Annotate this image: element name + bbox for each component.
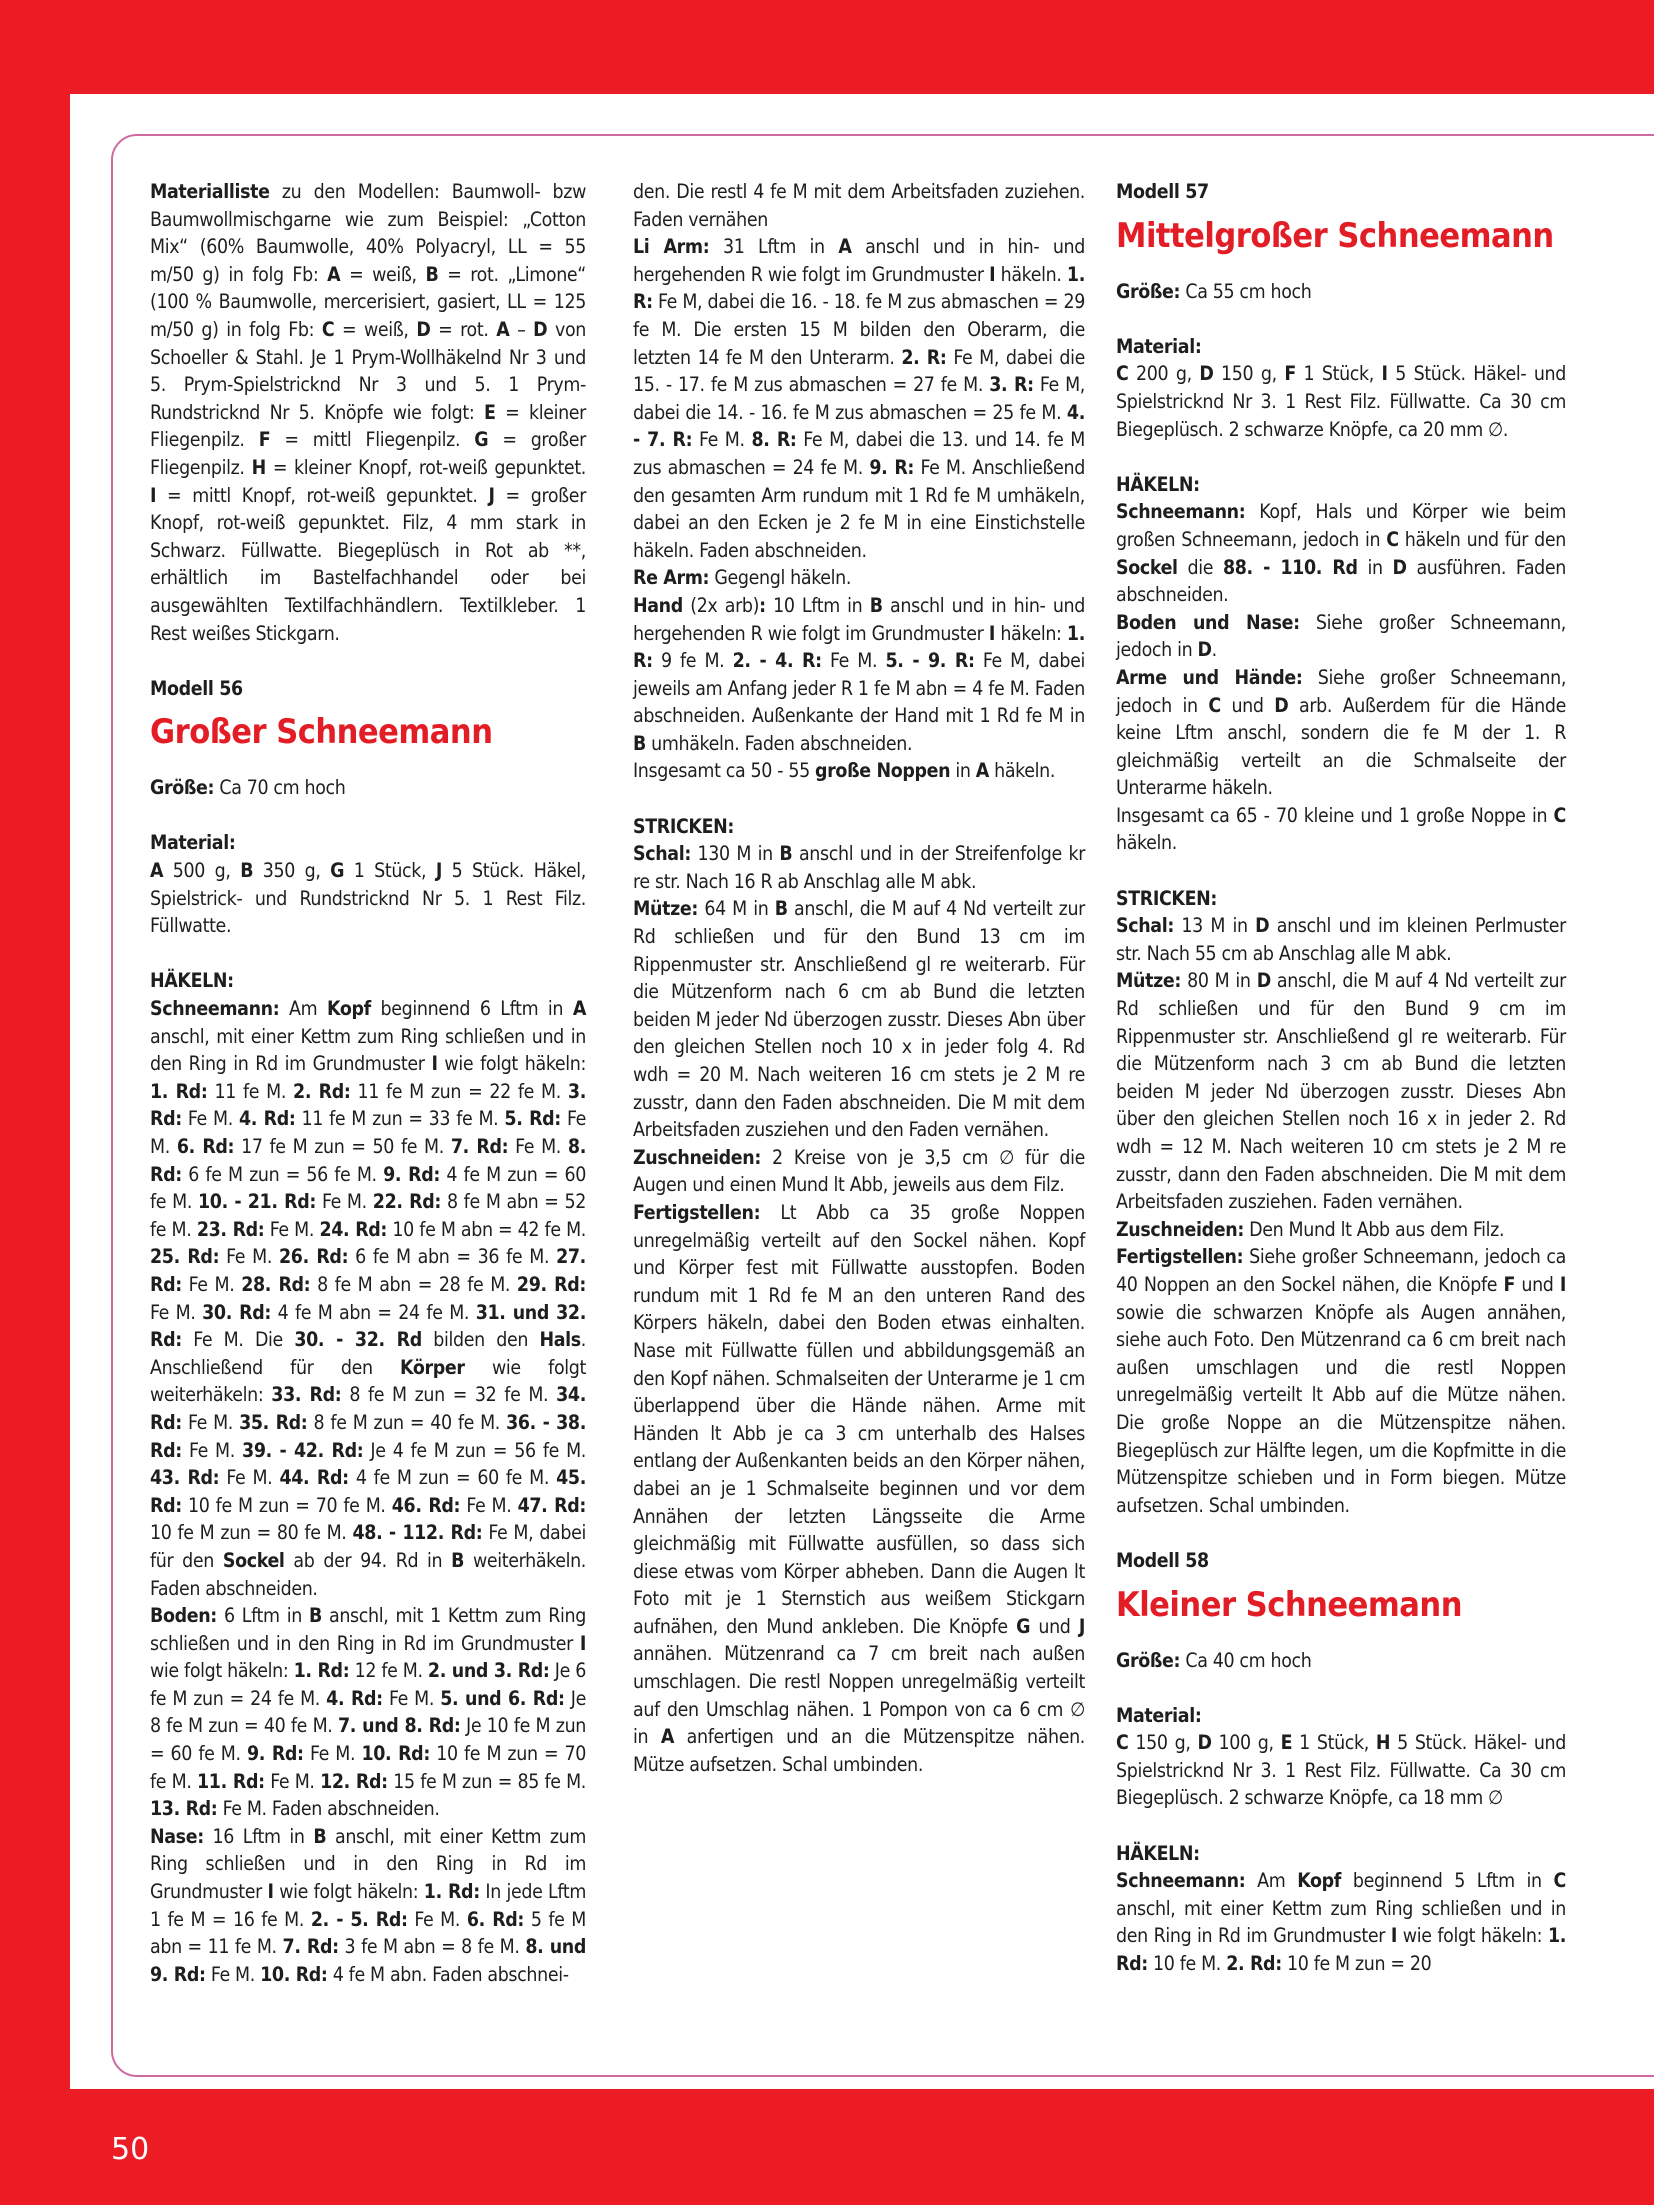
text-run: 11 fe M zun = 22 fe M. (350, 1080, 567, 1103)
paragraph: STRICKEN: (1116, 885, 1566, 913)
text-run: 4 fe M zun = 60 fe M. (349, 1466, 556, 1489)
text-run: Fe M. (182, 1107, 239, 1130)
text-run: Am (1245, 1869, 1297, 1892)
text-run: 10 fe M zun = 70 fe M. (182, 1494, 392, 1517)
bold-run: Materialliste (150, 180, 270, 203)
text-run: 11 fe M zun = 33 fe M. (295, 1107, 504, 1130)
text-run: 4 fe M abn. Faden abschnei- (328, 1963, 569, 1986)
spacer (150, 940, 586, 968)
page-number: 50 (111, 2132, 149, 2167)
bold-run: 3. R: (989, 373, 1034, 396)
bold-run: Hals (539, 1328, 580, 1351)
text-run: 1 Stück, (1292, 1731, 1376, 1754)
bold-run: Sockel (223, 1549, 285, 1572)
text-run: 10 fe M zun = 80 fe M. (150, 1521, 353, 1544)
paragraph: Mütze: 64 M in B anschl, die M auf 4 Nd … (633, 895, 1085, 1143)
bold-run: 2. R: (901, 346, 946, 369)
text-run: Fe M. (460, 1494, 517, 1517)
bold-run: HÄKELN: (150, 969, 234, 992)
bold-run: 4. Rd: (239, 1107, 296, 1130)
text-run: = großer Knopf, rot-weiß gepunktet. Filz… (150, 484, 586, 645)
bold-run: 7. Rd: (451, 1135, 508, 1158)
paragraph: Fertigstellen: Siehe großer Schneemann, … (1116, 1243, 1566, 1519)
bold-run: Hand (633, 594, 683, 617)
bold-run: F (1284, 362, 1296, 385)
text-run: Insgesamt ca 50 - 55 (633, 759, 815, 782)
bold-run: H (1376, 1731, 1390, 1754)
bold-run: 12. Rd: (320, 1770, 388, 1793)
bold-run: D (1392, 556, 1406, 579)
text-run: wie folgt häkeln: (274, 1880, 424, 1903)
text-run: = weiß, (334, 318, 416, 341)
bold-run: 46. Rd: (392, 1494, 460, 1517)
text-run: wie folgt häkeln: (1397, 1924, 1548, 1947)
paragraph: Zuschneiden: 2 Kreise von je 3,5 cm ∅ fü… (633, 1144, 1085, 1199)
bold-run: D (416, 318, 430, 341)
text-run: 3 fe M abn = 8 fe M. (339, 1935, 526, 1958)
bold-run: Re Arm: (633, 566, 709, 589)
text-run: 130 M in (691, 842, 779, 865)
text-run: Fe M. (265, 1770, 320, 1793)
bold-run: G (1016, 1615, 1030, 1638)
paragraph: C 150 g, D 100 g, E 1 Stück, H 5 Stück. … (1116, 1729, 1566, 1812)
bold-run: Größe: (150, 776, 214, 799)
text-run: häkeln. (989, 759, 1055, 782)
paragraph: Größe: Ca 55 cm hoch (1116, 278, 1566, 306)
paragraph: Schneemann: Am Kopf beginnend 6 Lftm in … (150, 995, 586, 1602)
text-run: 31 Lftm in (709, 235, 838, 258)
column-2: den. Die restl 4 fe M mit dem Arbeitsfad… (633, 178, 1085, 1778)
bold-run: F (259, 428, 271, 451)
spacer (633, 785, 1085, 813)
text-run: Lt Abb ca 35 große Noppen unregelmäßig v… (633, 1201, 1085, 1638)
text-run: Fe M. (264, 1218, 319, 1241)
bold-run: STRICKEN: (1116, 887, 1217, 910)
text-run: = weiß, (340, 263, 425, 286)
text-run: Ca 55 cm hoch (1180, 280, 1311, 303)
paragraph: Boden und Nase: Siehe großer Schneemann,… (1116, 609, 1566, 664)
bold-run: 33. Rd: (271, 1383, 341, 1406)
bold-run: Fertigstellen: (1116, 1245, 1243, 1268)
bold-run: D (1274, 694, 1288, 717)
text-run: 6 fe M zun = 56 fe M. (182, 1163, 383, 1186)
paragraph: HÄKELN: (1116, 471, 1566, 499)
bold-run: B (313, 1825, 326, 1848)
text-run: 8 fe M zun = 32 fe M. (341, 1383, 556, 1406)
text-run: Ca 70 cm hoch (214, 776, 345, 799)
spacer (1116, 1519, 1566, 1547)
bold-run: Nase: (150, 1825, 204, 1848)
model-title: Großer Schneemann (150, 712, 586, 752)
paragraph: Arme und Hände: Siehe großer Schneemann,… (1116, 664, 1566, 802)
spacer (1116, 305, 1566, 333)
paragraph: Mütze: 80 M in D anschl, die M auf 4 Nd … (1116, 967, 1566, 1215)
text-run: 8 fe M abn = 28 fe M. (310, 1273, 517, 1296)
text-run: = mittl Fliegenpilz. (270, 428, 474, 451)
text-run: 200 g, (1128, 362, 1199, 385)
text-run: 150 g, (1128, 1731, 1197, 1754)
paragraph: Re Arm: Gegengl häkeln. (633, 564, 1085, 592)
text-run: 100 g, (1212, 1731, 1281, 1754)
text-run: Fe M. (408, 1908, 467, 1931)
text-run: Fe M. (822, 649, 886, 672)
text-run: 13 M in (1174, 914, 1255, 937)
paragraph: Hand (2x arb): 10 Lftm in B anschl und i… (633, 592, 1085, 758)
text-run: 10 fe M abn = 42 fe M. (387, 1218, 586, 1241)
text-run: 350 g, (253, 859, 330, 882)
bold-run: Li Arm: (633, 235, 709, 258)
bold-run: D (533, 318, 547, 341)
text-run: 10 Lftm in (766, 594, 870, 617)
bold-run: Material: (150, 831, 235, 854)
text-run: 9 fe M. (653, 649, 733, 672)
bold-run: 7. und 8. Rd: (338, 1714, 460, 1737)
bold-run: Material: (1116, 335, 1201, 358)
text-run: Gegengl häkeln. (709, 566, 851, 589)
spacer (1116, 443, 1566, 471)
text-run: anschl, die M auf 4 Nd verteilt zur Rd s… (633, 897, 1085, 1141)
text-run: Fe M. Faden abschneiden. (217, 1797, 439, 1820)
text-run: in (1358, 556, 1393, 579)
bold-run: D (1199, 362, 1213, 385)
paragraph: Nase: 16 Lftm in B anschl, mit einer Ket… (150, 1823, 586, 1989)
bold-run: A (661, 1725, 674, 1748)
bold-run: J (1079, 1615, 1085, 1638)
model-title: Kleiner Schneemann (1116, 1585, 1566, 1625)
text-run: Ca 40 cm hoch (1180, 1649, 1311, 1672)
text-run: Fe M. (182, 1273, 241, 1296)
text-run: 10 fe M. (1148, 1952, 1226, 1975)
text-run: Fe M. (219, 1245, 279, 1268)
bold-run: 35. Rd: (239, 1411, 307, 1434)
bold-run: 9. Rd: (247, 1742, 304, 1765)
text-run: bilden den (422, 1328, 540, 1351)
bold-run: 10. Rd: (260, 1963, 327, 1986)
text-run: wie folgt häkeln: (438, 1052, 586, 1075)
text-run: den. Die restl 4 fe M mit dem Arbeitsfad… (633, 180, 1085, 231)
bold-run: 2. Rd: (293, 1080, 350, 1103)
bold-run: B (451, 1549, 464, 1572)
text-run: 64 M in (698, 897, 775, 920)
bold-run: 43. Rd: (150, 1466, 219, 1489)
text-run: Fe M. (508, 1135, 568, 1158)
bold-run: E (1281, 1731, 1293, 1754)
bold-run: C (1116, 362, 1128, 385)
bold-run: 30. Rd: (202, 1301, 271, 1324)
spacer (1116, 1812, 1566, 1840)
paragraph: Größe: Ca 70 cm hoch (150, 774, 586, 802)
paragraph: Material: (1116, 333, 1566, 361)
bold-run: B (240, 859, 253, 882)
bold-run: C (322, 318, 334, 341)
bold-run: 24. Rd: (319, 1218, 387, 1241)
paragraph: HÄKELN: (150, 967, 586, 995)
text-run: = mittl Knopf, rot-weiß gepunktet. (156, 484, 488, 507)
text-run: 8 fe M zun = 40 fe M. (307, 1411, 506, 1434)
bold-run: A (327, 263, 340, 286)
bold-run: 9. R: (869, 456, 914, 479)
paragraph: HÄKELN: (1116, 1840, 1566, 1868)
bold-run: Kopf (1297, 1869, 1341, 1892)
bold-run: B (779, 842, 792, 865)
bold-run: Schneemann: (150, 997, 279, 1020)
bold-run: Zuschneiden: (1116, 1218, 1244, 1241)
bold-run: Boden: (150, 1604, 217, 1627)
bold-run: 5. - 9. R: (885, 649, 974, 672)
text-run: ab der 94. Rd in (285, 1549, 452, 1572)
paragraph: Insgesamt ca 50 - 55 große Noppen in A h… (633, 757, 1085, 785)
bold-run: D (1257, 969, 1271, 992)
bold-run: 2. Rd: (1226, 1952, 1282, 1975)
text-run: = kleiner Knopf, rot-weiß gepunktet. (266, 456, 586, 479)
bold-run: 88. - 110. Rd (1223, 556, 1358, 579)
bold-run: C (1116, 1731, 1128, 1754)
text-run: Fe M. (304, 1742, 362, 1765)
text-run: Insgesamt ca 65 - 70 kleine und 1 große … (1116, 804, 1554, 827)
text-run: 15 fe M zun = 85 fe M. (388, 1770, 586, 1793)
bold-run: Kopf (327, 997, 371, 1020)
bold-run: G (330, 859, 344, 882)
bold-run: Boden und Nase: (1116, 611, 1300, 634)
bold-run: Schneemann: (1116, 500, 1245, 523)
bold-run: 8. R: (751, 428, 796, 451)
text-run: – (509, 318, 533, 341)
paragraph: A 500 g, B 350 g, G 1 Stück, J 5 Stück. … (150, 857, 586, 940)
text-run: Den Mund lt Abb aus dem Filz. (1244, 1218, 1504, 1241)
model-number: Modell 56 (150, 675, 586, 703)
bold-run: 13. Rd: (150, 1797, 217, 1820)
text-run: und (1221, 694, 1274, 717)
bold-run: Schal: (1116, 914, 1174, 937)
text-run: 500 g, (163, 859, 240, 882)
paragraph: Boden: 6 Lftm in B anschl, mit 1 Kettm z… (150, 1602, 586, 1823)
paragraph: den. Die restl 4 fe M mit dem Arbeitsfad… (633, 178, 1085, 233)
bold-run: 48. - 112. Rd: (353, 1521, 483, 1544)
spacer (150, 802, 586, 830)
text-run: häkeln: (995, 622, 1067, 645)
bold-run: G (474, 428, 488, 451)
bold-run: 1. Rd: (424, 1880, 480, 1903)
bold-run: 26. Rd: (279, 1245, 348, 1268)
bold-run: 2. - 5. Rd: (311, 1908, 408, 1931)
bold-run: STRICKEN: (633, 815, 734, 838)
bold-run: 10. - 21. Rd: (198, 1190, 316, 1213)
bold-run: D (1197, 1731, 1211, 1754)
text-run: 6 Lftm in (217, 1604, 309, 1627)
bold-run: E (484, 401, 496, 424)
column-1: Materialliste zu den Modellen: Baumwoll-… (150, 178, 586, 1988)
text-run: 17 fe M zun = 50 fe M. (234, 1135, 451, 1158)
bold-run: F (1503, 1273, 1515, 1296)
paragraph: Materialliste zu den Modellen: Baumwoll-… (150, 178, 586, 647)
bold-run: 23. Rd: (197, 1218, 265, 1241)
bold-run: Körper (400, 1356, 465, 1379)
text-run: Fe M. (219, 1466, 279, 1489)
bold-run: Mütze: (1116, 969, 1181, 992)
bold-run: B (870, 594, 883, 617)
text-run: beginnend 5 Lftm in (1341, 1869, 1554, 1892)
text-run: 10 fe M zun = 20 (1282, 1952, 1432, 1975)
bold-run: große Noppen (815, 759, 950, 782)
model-number: Modell 57 (1116, 178, 1566, 206)
paragraph: C 200 g, D 150 g, F 1 Stück, I 5 Stück. … (1116, 360, 1566, 443)
paragraph: Schneemann: Kopf, Hals und Körper wie be… (1116, 498, 1566, 608)
bold-run: 6. Rd: (177, 1135, 234, 1158)
text-run: 4 fe M abn = 24 fe M. (271, 1301, 476, 1324)
text-run: Fe M. (206, 1963, 260, 1986)
bold-run: 10. Rd: (361, 1742, 430, 1765)
text-run: Fe M. Die (182, 1328, 294, 1351)
bold-run: 44. Rd: (279, 1466, 348, 1489)
text-run: = rot. (430, 318, 496, 341)
bold-run: 4. Rd: (326, 1687, 383, 1710)
spacer (150, 647, 586, 675)
bold-run: Größe: (1116, 280, 1180, 303)
bold-run: 2. und 3. Rd: (428, 1659, 550, 1682)
bold-run: C (1208, 694, 1220, 717)
bold-run: 28. Rd: (241, 1273, 310, 1296)
bold-run: Mütze: (633, 897, 698, 920)
paragraph: Li Arm: 31 Lftm in A anschl und in hin- … (633, 233, 1085, 564)
paragraph: Material: (1116, 1702, 1566, 1730)
text-run: 11 fe M. (207, 1080, 293, 1103)
text-run: Fe M. (150, 1301, 202, 1324)
bold-run: 1. Rd: (150, 1080, 207, 1103)
bold-run: 5. und 6. Rd: (440, 1687, 564, 1710)
bold-run: 7. Rd: (283, 1935, 339, 1958)
bold-run: 22. Rd: (373, 1190, 441, 1213)
text-run: 1 Stück, (344, 859, 436, 882)
text-run: die (1178, 556, 1223, 579)
bold-run: Arme und Hände: (1116, 666, 1303, 689)
text-run: Am (279, 997, 327, 1020)
bold-run: Schal: (633, 842, 691, 865)
text-run: Fe M. (182, 1411, 239, 1434)
bold-run: 9. Rd: (383, 1163, 440, 1186)
text-run: . (1212, 638, 1217, 661)
paragraph: Größe: Ca 40 cm hoch (1116, 1647, 1566, 1675)
bold-run: I (1560, 1273, 1566, 1296)
paragraph: Zuschneiden: Den Mund lt Abb aus dem Fil… (1116, 1216, 1566, 1244)
text-run: Fe M. (316, 1190, 373, 1213)
bold-run: Schneemann: (1116, 1869, 1245, 1892)
text-run: (2x arb) (683, 594, 759, 617)
text-run: häkeln. (995, 263, 1067, 286)
text-run: häkeln. (1116, 831, 1177, 854)
text-run: 12 fe M. (349, 1659, 428, 1682)
bold-run: 5. Rd: (504, 1107, 561, 1130)
bold-run: B (775, 897, 788, 920)
bold-run: C (1554, 804, 1566, 827)
text-run: 150 g, (1213, 362, 1284, 385)
paragraph: Schal: 13 M in D anschl und im kleinen P… (1116, 912, 1566, 967)
text-run: Fe M. (182, 1439, 242, 1462)
text-run: 16 Lftm in (204, 1825, 314, 1848)
bold-run: Größe: (1116, 1649, 1180, 1672)
paragraph: Schal: 130 M in B anschl und in der Stre… (633, 840, 1085, 895)
bold-run: B (309, 1604, 322, 1627)
text-run: und (1515, 1273, 1560, 1296)
text-run: umhäkeln. Faden abschneiden. (646, 732, 912, 755)
bold-run: A (496, 318, 509, 341)
bold-run: 6. Rd: (467, 1908, 524, 1931)
text-run: Je 4 fe M zun = 56 fe M. (363, 1439, 586, 1462)
bold-run: Sockel (1116, 556, 1178, 579)
paragraph: Schneemann: Am Kopf beginnend 5 Lftm in … (1116, 1867, 1566, 1977)
paragraph: Insgesamt ca 65 - 70 kleine und 1 große … (1116, 802, 1566, 857)
model-number: Modell 58 (1116, 1547, 1566, 1575)
bold-run: HÄKELN: (1116, 473, 1200, 496)
bold-run: Zuschneiden: (633, 1146, 761, 1169)
bold-run: 25. Rd: (150, 1245, 219, 1268)
spacer (1116, 1674, 1566, 1702)
text-run: und (1030, 1615, 1079, 1638)
model-title: Mittelgroßer Schneemann (1116, 216, 1566, 256)
text-run: anfertigen und an die Mützenspitze nähen… (633, 1725, 1085, 1776)
text-run: wie folgt häkeln: (150, 1659, 294, 1682)
bold-run: 47. Rd: (518, 1494, 586, 1517)
text-run: anschl, die M auf 4 Nd verteilt zur Rd s… (1116, 969, 1566, 1213)
column-3: Modell 57Mittelgroßer SchneemannGröße: C… (1116, 178, 1566, 1978)
bold-run: C (1386, 528, 1398, 551)
text-run: in (950, 759, 976, 782)
bold-run: 1. Rd: (294, 1659, 350, 1682)
bold-run: Fertigstellen: (633, 1201, 760, 1224)
bold-run: : (759, 594, 766, 617)
text-run: Fe M. (692, 428, 751, 451)
spacer (1116, 857, 1566, 885)
paragraph: STRICKEN: (633, 813, 1085, 841)
text-run: Fe M. (383, 1687, 440, 1710)
bold-run: D (1197, 638, 1211, 661)
bold-run: B (633, 732, 646, 755)
bold-run: A (976, 759, 989, 782)
bold-run: D (1255, 914, 1269, 937)
bold-run: 30. - 32. Rd (294, 1328, 422, 1351)
text-run: 1 Stück, (1296, 362, 1382, 385)
text-run: häkeln und für den (1399, 528, 1566, 551)
bold-run: 29. Rd: (517, 1273, 586, 1296)
bold-run: H (252, 456, 266, 479)
bold-run: 39. - 42. Rd: (242, 1439, 363, 1462)
bold-run: 11. Rd: (197, 1770, 265, 1793)
bold-run: 2. - 4. R: (733, 649, 822, 672)
bold-run: A (573, 997, 586, 1020)
paragraph: Material: (150, 829, 586, 857)
bold-run: I (580, 1632, 586, 1655)
bold-run: HÄKELN: (1116, 1842, 1200, 1865)
paragraph: Fertigstellen: Lt Abb ca 35 große Noppen… (633, 1199, 1085, 1778)
bold-run: Material: (1116, 1704, 1201, 1727)
bold-run: B (426, 263, 439, 286)
text-run: sowie die schwarzen Knöpfe als Augen ann… (1116, 1301, 1566, 1517)
text-run: 6 fe M abn = 36 fe M. (348, 1245, 556, 1268)
text-run: beginnend 6 Lftm in (371, 997, 573, 1020)
bold-run: A (838, 235, 851, 258)
bold-run: C (1554, 1869, 1566, 1892)
text-run: 80 M in (1181, 969, 1257, 992)
bold-run: A (150, 859, 163, 882)
